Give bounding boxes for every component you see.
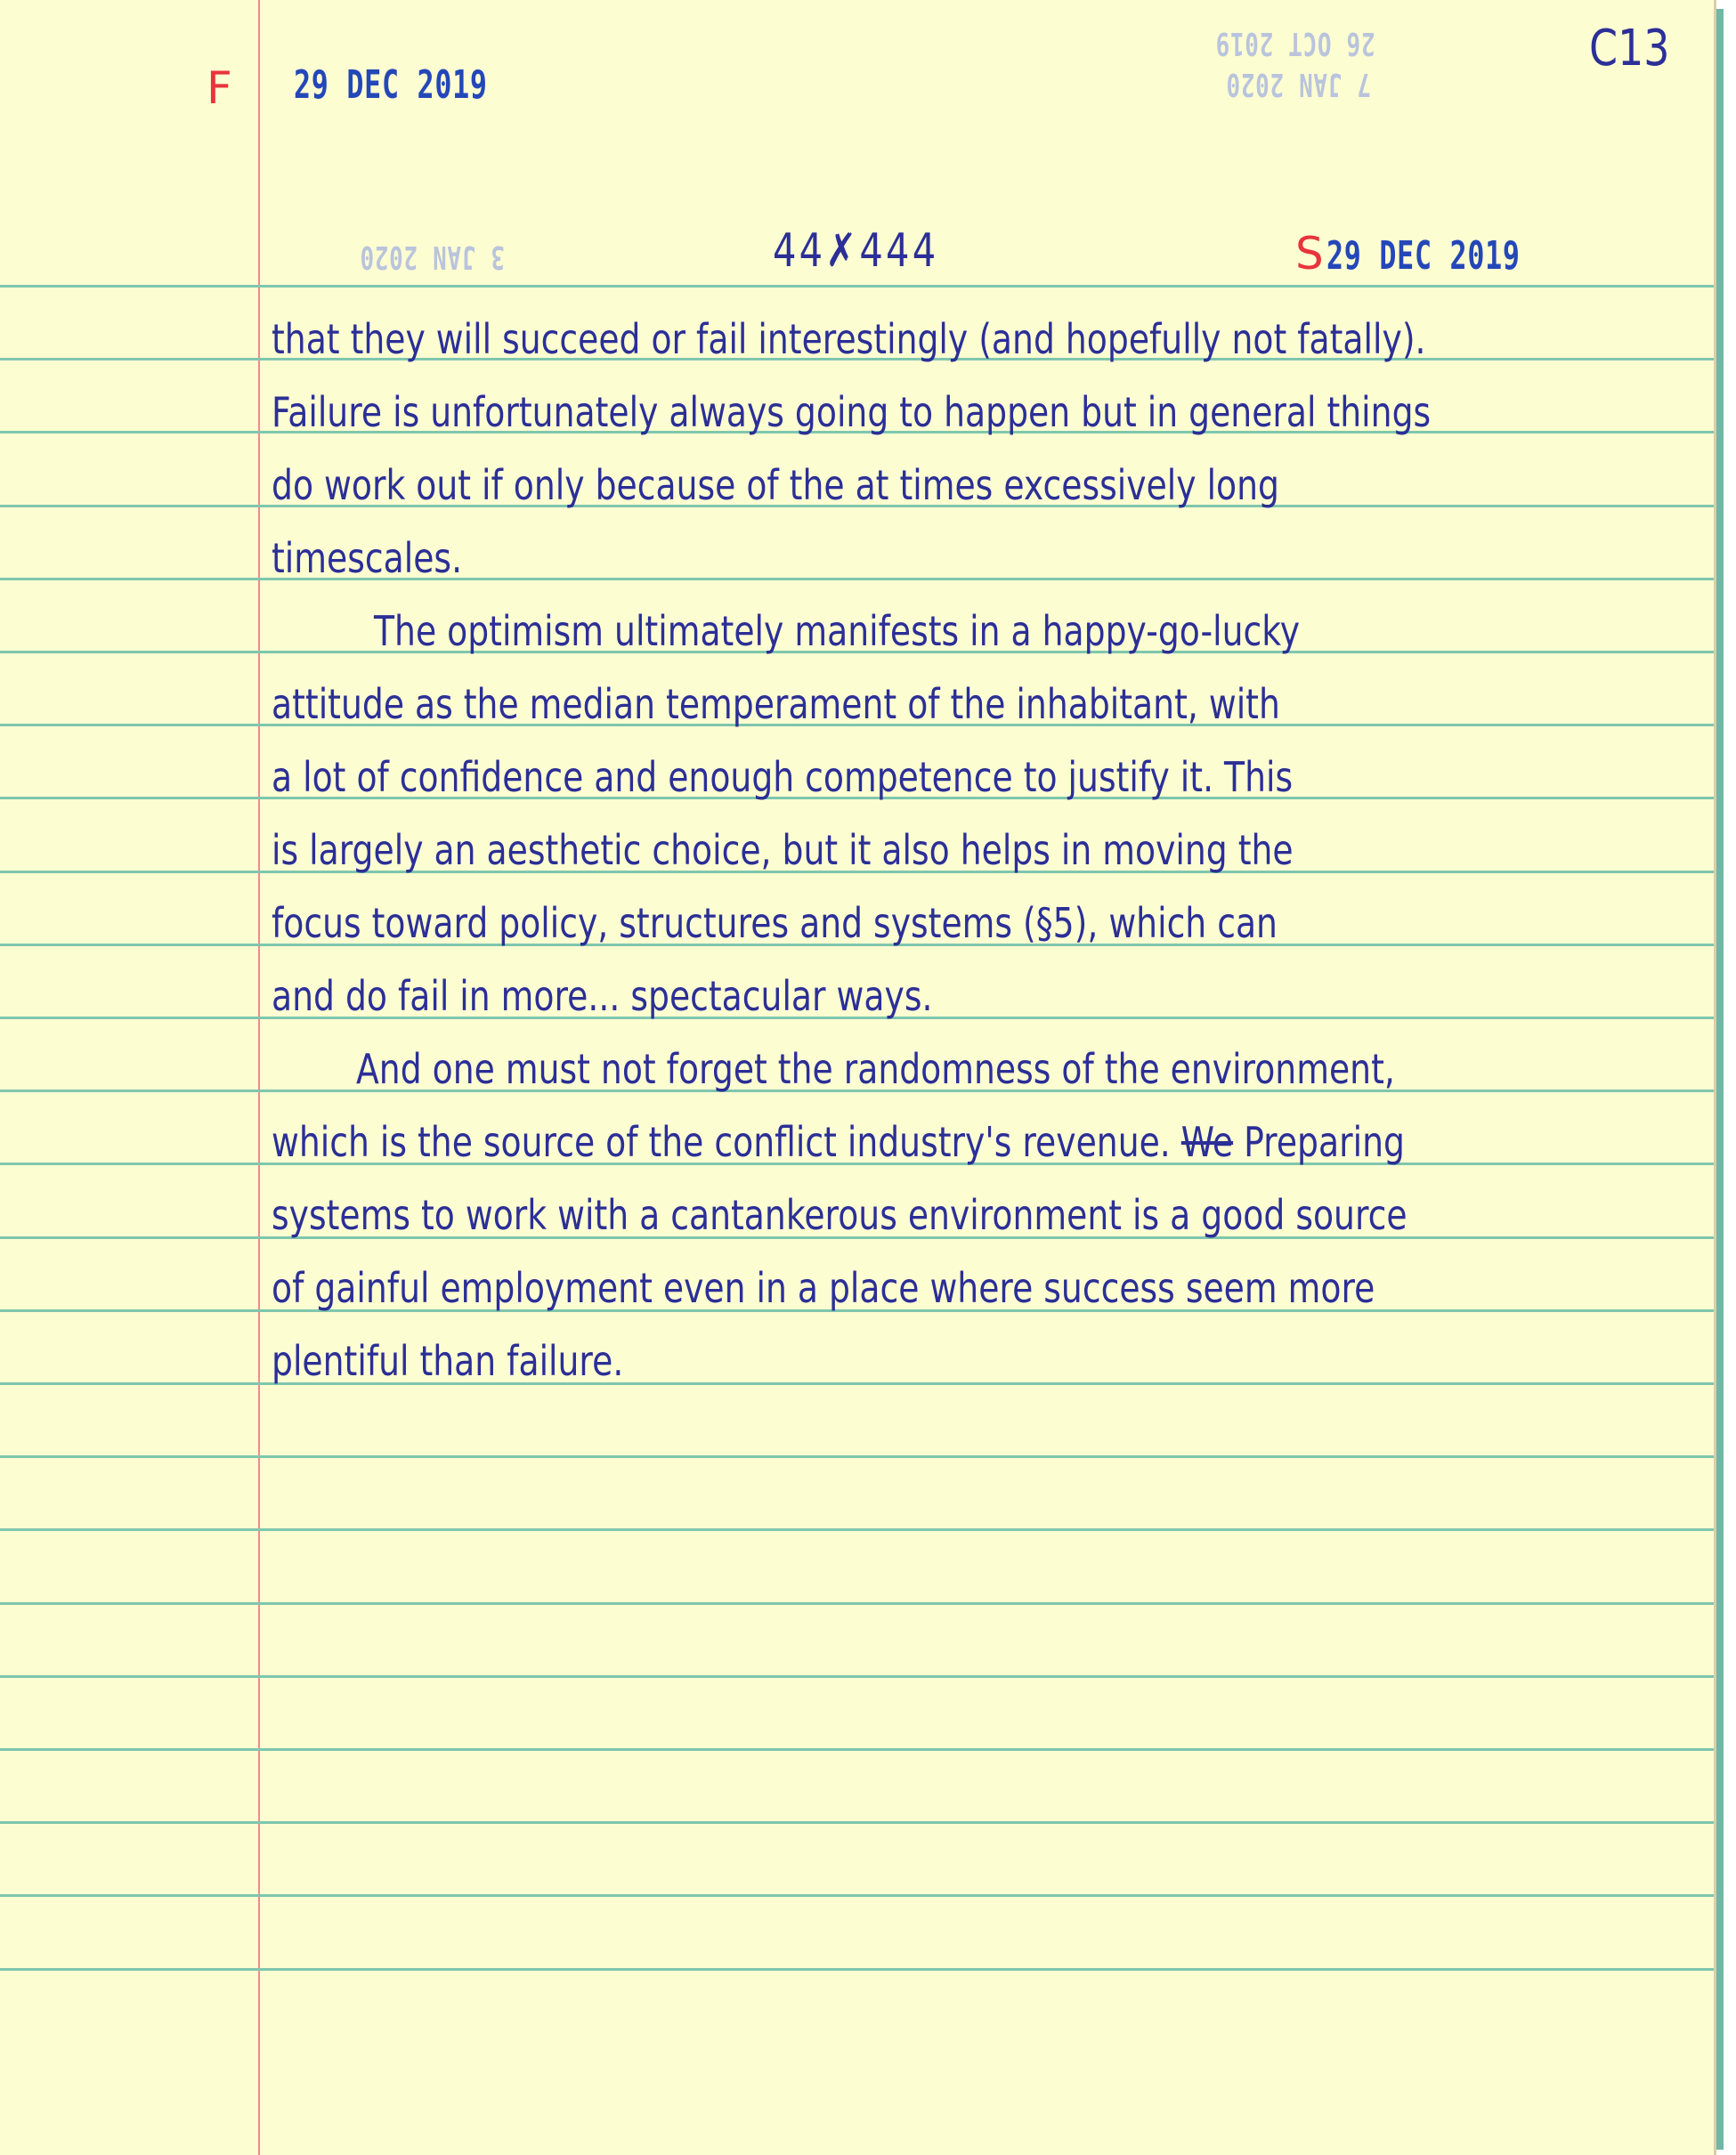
- text-line: focus toward policy, structures and syst…: [272, 903, 1278, 944]
- rule-line: [0, 1748, 1714, 1751]
- faded-stamp-jan: 7 JAN 2020: [1226, 66, 1371, 102]
- date-stamp-top: 29 DEC 2019: [294, 62, 488, 108]
- text-line: The optimism ultimately manifests in a h…: [374, 611, 1300, 652]
- text-line: plentiful than failure.: [272, 1341, 623, 1381]
- rule-line: [0, 285, 1714, 288]
- rule-line: [0, 1675, 1714, 1678]
- text-line: Failure is unfortunately always going to…: [272, 392, 1431, 433]
- red-s-mark: S: [1295, 228, 1324, 280]
- rule-line: [0, 1382, 1714, 1385]
- rule-line: [0, 1602, 1714, 1605]
- text-line: a lot of confidence and enough competenc…: [272, 757, 1293, 798]
- rule-line: [0, 1528, 1714, 1531]
- faded-stamp-header: 3 JAN 2020: [360, 239, 505, 275]
- page-code: C13: [1589, 20, 1669, 77]
- text-line: and do fail in more... spectacular ways.: [272, 976, 932, 1017]
- text-line: timescales.: [272, 538, 462, 579]
- text-line-body: which is the source of the conflict indu…: [272, 1118, 1171, 1166]
- date-stamp-header: 29 DEC 2019: [1326, 233, 1521, 279]
- rule-line: [0, 1821, 1714, 1824]
- text-line: that they will succeed or fail interesti…: [272, 319, 1426, 360]
- rule-line: [0, 1968, 1714, 1971]
- red-flag-mark: F: [207, 62, 232, 114]
- text-line: do work out if only because of the at ti…: [272, 465, 1279, 506]
- serial-number: 44✗444: [773, 224, 938, 278]
- struck-word: We: [1181, 1118, 1233, 1166]
- text-line-tail: Preparing: [1244, 1118, 1405, 1166]
- text-line: attitude as the median temperament of th…: [272, 684, 1280, 725]
- margin-line: [258, 0, 260, 2155]
- text-line: And one must not forget the randomness o…: [356, 1049, 1395, 1090]
- rule-line: [0, 1455, 1714, 1458]
- faded-stamp-oct: 26 OCT 2019: [1215, 25, 1375, 61]
- page-edge: [1716, 9, 1724, 2150]
- notebook-page: F 29 DEC 2019 26 OCT 2019 7 JAN 2020 C13…: [0, 0, 1716, 2155]
- text-line: systems to work with a cantankerous envi…: [272, 1195, 1407, 1235]
- rule-line: [0, 578, 1714, 580]
- text-line: which is the source of the conflict indu…: [272, 1122, 1405, 1163]
- text-line: is largely an aesthetic choice, but it a…: [272, 830, 1294, 871]
- text-line: of gainful employment even in a place wh…: [272, 1268, 1375, 1308]
- rule-line: [0, 1894, 1714, 1897]
